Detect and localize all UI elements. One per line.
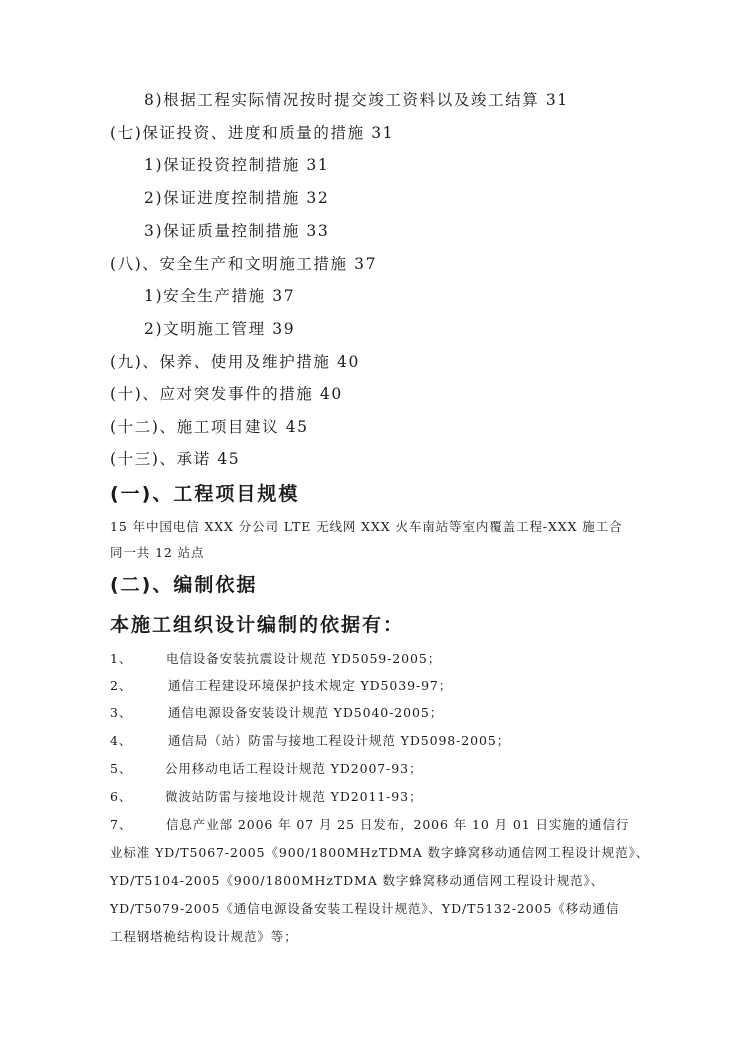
toc-entry[interactable]: 1)保证投资控制措施 31: [144, 158, 329, 174]
reference-number: 3、: [110, 707, 132, 720]
document-page: 8)根据工程实际情况按时提交竣工资料以及竣工结算 31 (七)保证投资、进度和质…: [0, 0, 744, 1052]
reference-item: 2、 通信工程建设环境保护技术规定 YD5039-97；: [0, 680, 744, 696]
reference-continuation-line: YD/T5079-2005《通信电源设备安装工程设计规范》、YD/T5132-2…: [110, 903, 619, 916]
reference-number: 4、: [110, 735, 132, 748]
reference-number: 1、: [110, 653, 132, 666]
section-heading: (一)、工程项目规模: [110, 485, 299, 504]
toc-entry[interactable]: 8)根据工程实际情况按时提交竣工资料以及竣工结算 31: [144, 93, 569, 109]
reference-text: 通信工程建设环境保护技术规定 YD5039-97；: [168, 680, 452, 693]
reference-item: 4、 通信局（站）防雷与接地工程设计规范 YD5098-2005；: [0, 735, 744, 751]
reference-text: 通信局（站）防雷与接地工程设计规范 YD5098-2005；: [168, 735, 510, 748]
toc-entry[interactable]: (九)、保养、使用及维护措施 40: [110, 355, 360, 371]
body-paragraph-line: 15 年中国电信 XXX 分公司 LTE 无线网 XXX 火车南站等室内覆盖工程…: [110, 521, 622, 534]
reference-number: 6、: [110, 791, 132, 804]
reference-item: 1、 电信设备安装抗震设计规范 YD5059-2005；: [0, 653, 744, 669]
toc-entry[interactable]: 1)安全生产措施 37: [144, 289, 295, 305]
reference-text: 微波站防雷与接地设计规范 YD2011-93；: [165, 791, 422, 804]
reference-number: 5、: [110, 763, 132, 776]
subheading: 本施工组织设计编制的依据有：: [110, 616, 404, 635]
toc-entry[interactable]: (八)、安全生产和文明施工措施 37: [110, 257, 377, 273]
reference-number: 7、: [110, 819, 132, 832]
reference-item: 7、 信息产业部 2006 年 07 月 25 日发布，2006 年 10 月 …: [0, 819, 744, 835]
reference-continuation-line: 工程钢塔桅结构设计规范》等；: [110, 931, 298, 944]
reference-continuation-line: 业标准 YD/T5067-2005《900/1800MHzTDMA 数字蜂窝移动…: [110, 847, 649, 860]
reference-text: 信息产业部 2006 年 07 月 25 日发布，2006 年 10 月 01 …: [166, 819, 629, 832]
reference-item: 5、 公用移动电话工程设计规范 YD2007-93；: [0, 763, 744, 779]
reference-item: 3、 通信电源设备安装设计规范 YD5040-2005；: [0, 707, 744, 723]
toc-entry[interactable]: (十)、应对突发事件的措施 40: [110, 387, 343, 403]
reference-continuation-line: YD/T5104-2005《900/1800MHzTDMA 数字蜂窝移动通信网工…: [110, 875, 604, 888]
reference-text: 电信设备安装抗震设计规范 YD5059-2005；: [166, 653, 441, 666]
reference-text: 通信电源设备安装设计规范 YD5040-2005；: [168, 707, 443, 720]
toc-entry[interactable]: 3)保证质量控制措施 33: [144, 224, 329, 240]
toc-entry[interactable]: 2)文明施工管理 39: [144, 322, 295, 338]
toc-entry[interactable]: (七)保证投资、进度和质量的措施 31: [110, 126, 394, 142]
body-paragraph-line: 同一共 12 站点: [110, 547, 204, 560]
reference-item: 6、 微波站防雷与接地设计规范 YD2011-93；: [0, 791, 744, 807]
toc-entry[interactable]: (十二)、施工项目建议 45: [110, 420, 309, 436]
section-heading: (二)、编制依据: [110, 576, 257, 595]
toc-entry[interactable]: 2)保证进度控制措施 32: [144, 191, 329, 207]
toc-entry[interactable]: (十三)、承诺 45: [110, 452, 240, 468]
reference-number: 2、: [110, 680, 132, 693]
reference-text: 公用移动电话工程设计规范 YD2007-93；: [165, 763, 422, 776]
